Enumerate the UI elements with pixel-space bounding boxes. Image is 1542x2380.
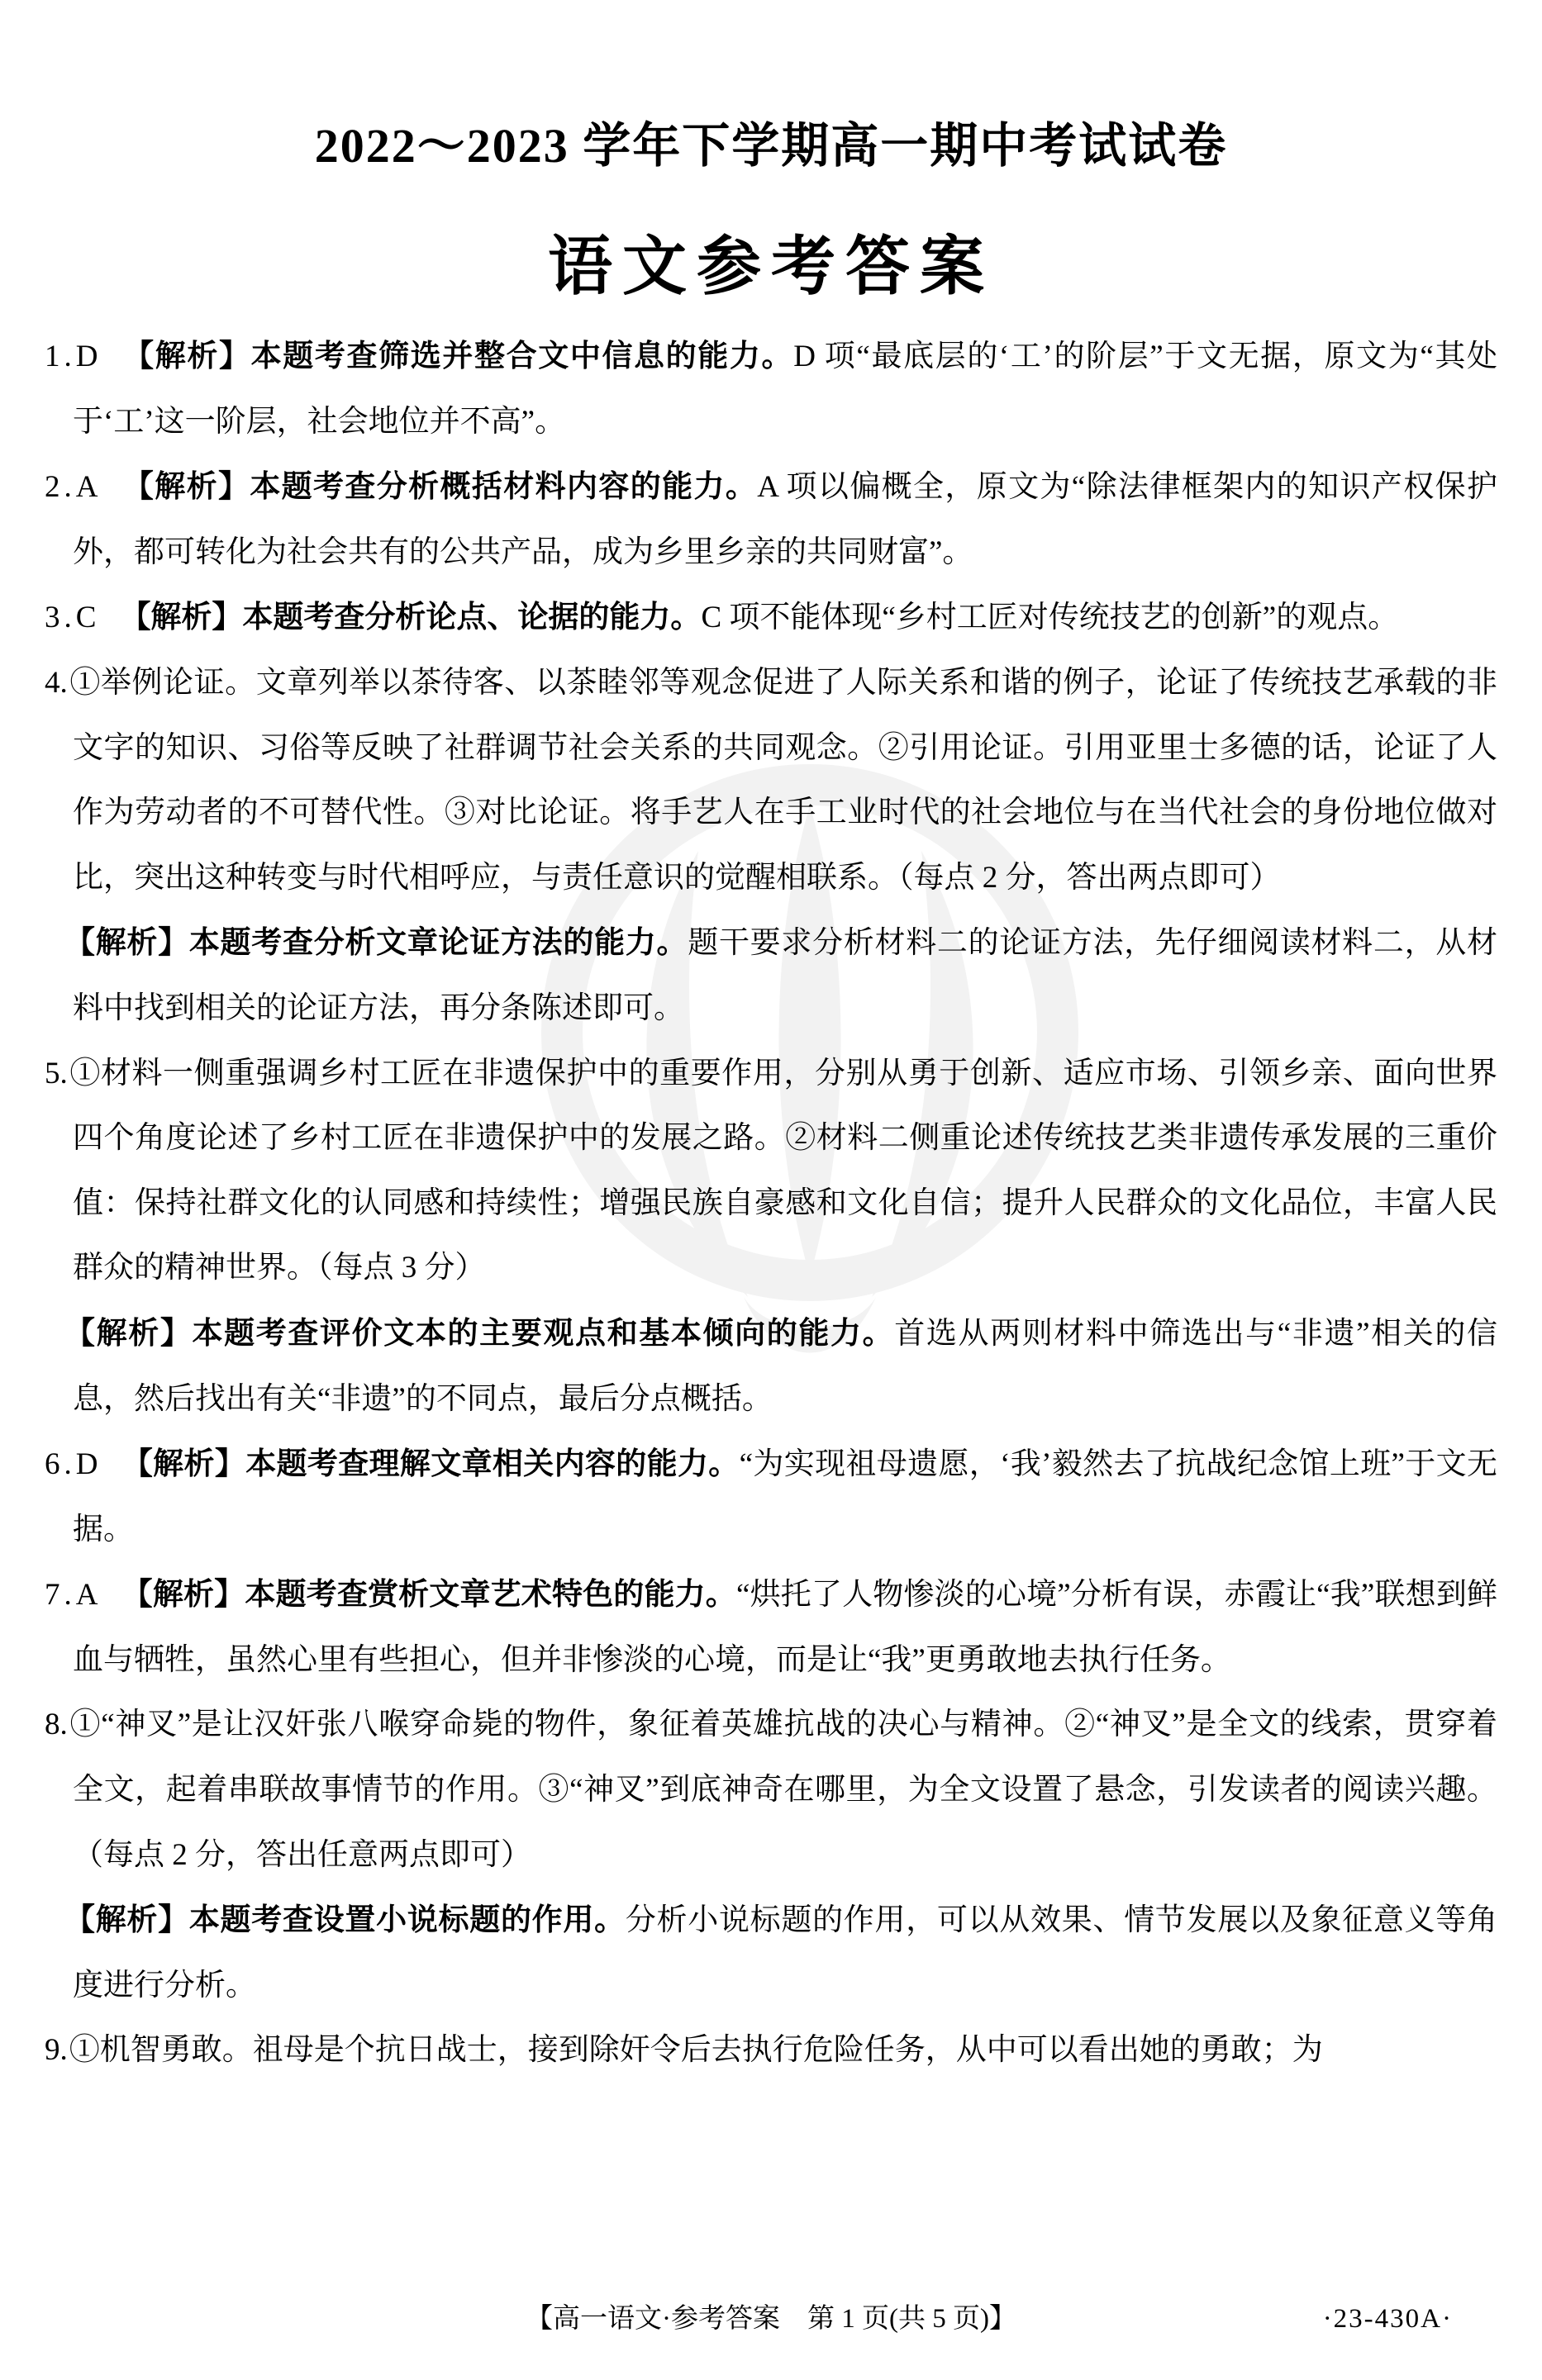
answer-item-8-analysis: 【解析】本题考查设置小说标题的作用。分析小说标题的作用，可以从效果、情节发展以及… <box>30 1888 1497 2018</box>
analysis-label: 【解析】本题考查筛选并整合文中信息的能力。 <box>121 339 793 373</box>
answer-sheet-page: { "page": { "title": "2022～2023 学年下学期高一期… <box>0 0 1542 2380</box>
answer-item-3: 3.C【解析】本题考查分析论点、论据的能力。C 项不能体现“乡村工匠对传统技艺的… <box>30 585 1497 651</box>
answer-item-7: 7.A【解析】本题考查赏析文章艺术特色的能力。“烘托了人物惨淡的心境”分析有误，… <box>30 1562 1497 1693</box>
analysis-text: C 项不能体现“乡村工匠对传统技艺的创新”的观点。 <box>701 601 1398 634</box>
answer-number: 5. <box>45 1057 68 1090</box>
answer-list: 1.D【解析】本题考查筛选并整合文中信息的能力。D 项“最底层的‘工’的阶层”于… <box>30 324 1497 2083</box>
answer-number: 6.D <box>45 1447 102 1481</box>
answer-text: ①“神叉”是让汉奸张八喉穿命毙的物件，象征着英雄抗战的决心与精神。②“神叉”是全… <box>69 1708 1497 1871</box>
analysis-label: 【解析】本题考查评价文本的主要观点和基本倾向的能力。 <box>64 1316 894 1350</box>
answer-item-5: 5.①材料一侧重强调乡村工匠在非遗保护中的重要作用，分别从勇于创新、适应市场、引… <box>30 1042 1497 1301</box>
answer-key-subtitle: 语文参考答案 <box>0 228 1542 306</box>
answer-number: 8. <box>45 1708 68 1741</box>
answer-number: 3.C <box>45 601 100 634</box>
analysis-label: 【解析】本题考查分析概括材料内容的能力。 <box>121 469 757 503</box>
footer-page-info: 【高一语文·参考答案 第 1 页(共 5 页)】 <box>526 2302 1016 2337</box>
analysis-label: 【解析】本题考查理解文章相关内容的能力。 <box>121 1447 739 1480</box>
answer-item-4: 4.①举例论证。文章列举以茶待客、以茶睦邻等观念促进了人际关系和谐的例子，论证了… <box>30 651 1497 910</box>
answer-item-5-analysis: 【解析】本题考查评价文本的主要观点和基本倾向的能力。首选从两则材料中筛选出与“非… <box>30 1301 1497 1432</box>
footer-paper-code: ·23-430A· <box>1323 2302 1453 2337</box>
answer-item-2: 2.A【解析】本题考查分析概括材料内容的能力。A 项以偏概全，原文为“除法律框架… <box>30 454 1497 585</box>
answer-item-4-analysis: 【解析】本题考查分析文章论证方法的能力。题干要求分析材料二的论证方法，先仔细阅读… <box>30 910 1497 1041</box>
analysis-label: 【解析】本题考查设置小说标题的作用。 <box>64 1903 626 1936</box>
analysis-label: 【解析】本题考查分析文章论证方法的能力。 <box>64 925 688 959</box>
exam-title: 2022～2023 学年下学期高一期中考试试卷 <box>0 117 1542 175</box>
answer-item-6: 6.D【解析】本题考查理解文章相关内容的能力。“为实现祖母遗愿，‘我’毅然去了抗… <box>30 1432 1497 1562</box>
answer-number: 4. <box>45 666 68 700</box>
answer-text: ①机智勇敢。祖母是个抗日战士，接到除奸令后去执行危险任务，从中可以看出她的勇敢；… <box>69 2033 1323 2067</box>
answer-text: ①举例论证。文章列举以茶待客、以茶睦邻等观念促进了人际关系和谐的例子，论证了传统… <box>69 666 1497 895</box>
answer-item-8: 8.①“神叉”是让汉奸张八喉穿命毙的物件，象征着英雄抗战的决心与精神。②“神叉”… <box>30 1693 1497 1888</box>
answer-number: 2.A <box>45 470 102 504</box>
answer-text: ①材料一侧重强调乡村工匠在非遗保护中的重要作用，分别从勇于创新、适应市场、引领乡… <box>69 1057 1497 1285</box>
answer-number: 1.D <box>45 340 102 373</box>
answer-item-9: 9.①机智勇敢。祖母是个抗日战士，接到除奸令后去执行危险任务，从中可以看出她的勇… <box>30 2018 1497 2083</box>
answer-item-1: 1.D【解析】本题考查筛选并整合文中信息的能力。D 项“最底层的‘工’的阶层”于… <box>30 324 1497 454</box>
answer-number: 7.A <box>45 1578 102 1612</box>
analysis-label: 【解析】本题考查分析论点、论据的能力。 <box>120 600 701 634</box>
analysis-label: 【解析】本题考查赏析文章艺术特色的能力。 <box>121 1577 736 1611</box>
answer-number: 9. <box>45 2033 68 2067</box>
